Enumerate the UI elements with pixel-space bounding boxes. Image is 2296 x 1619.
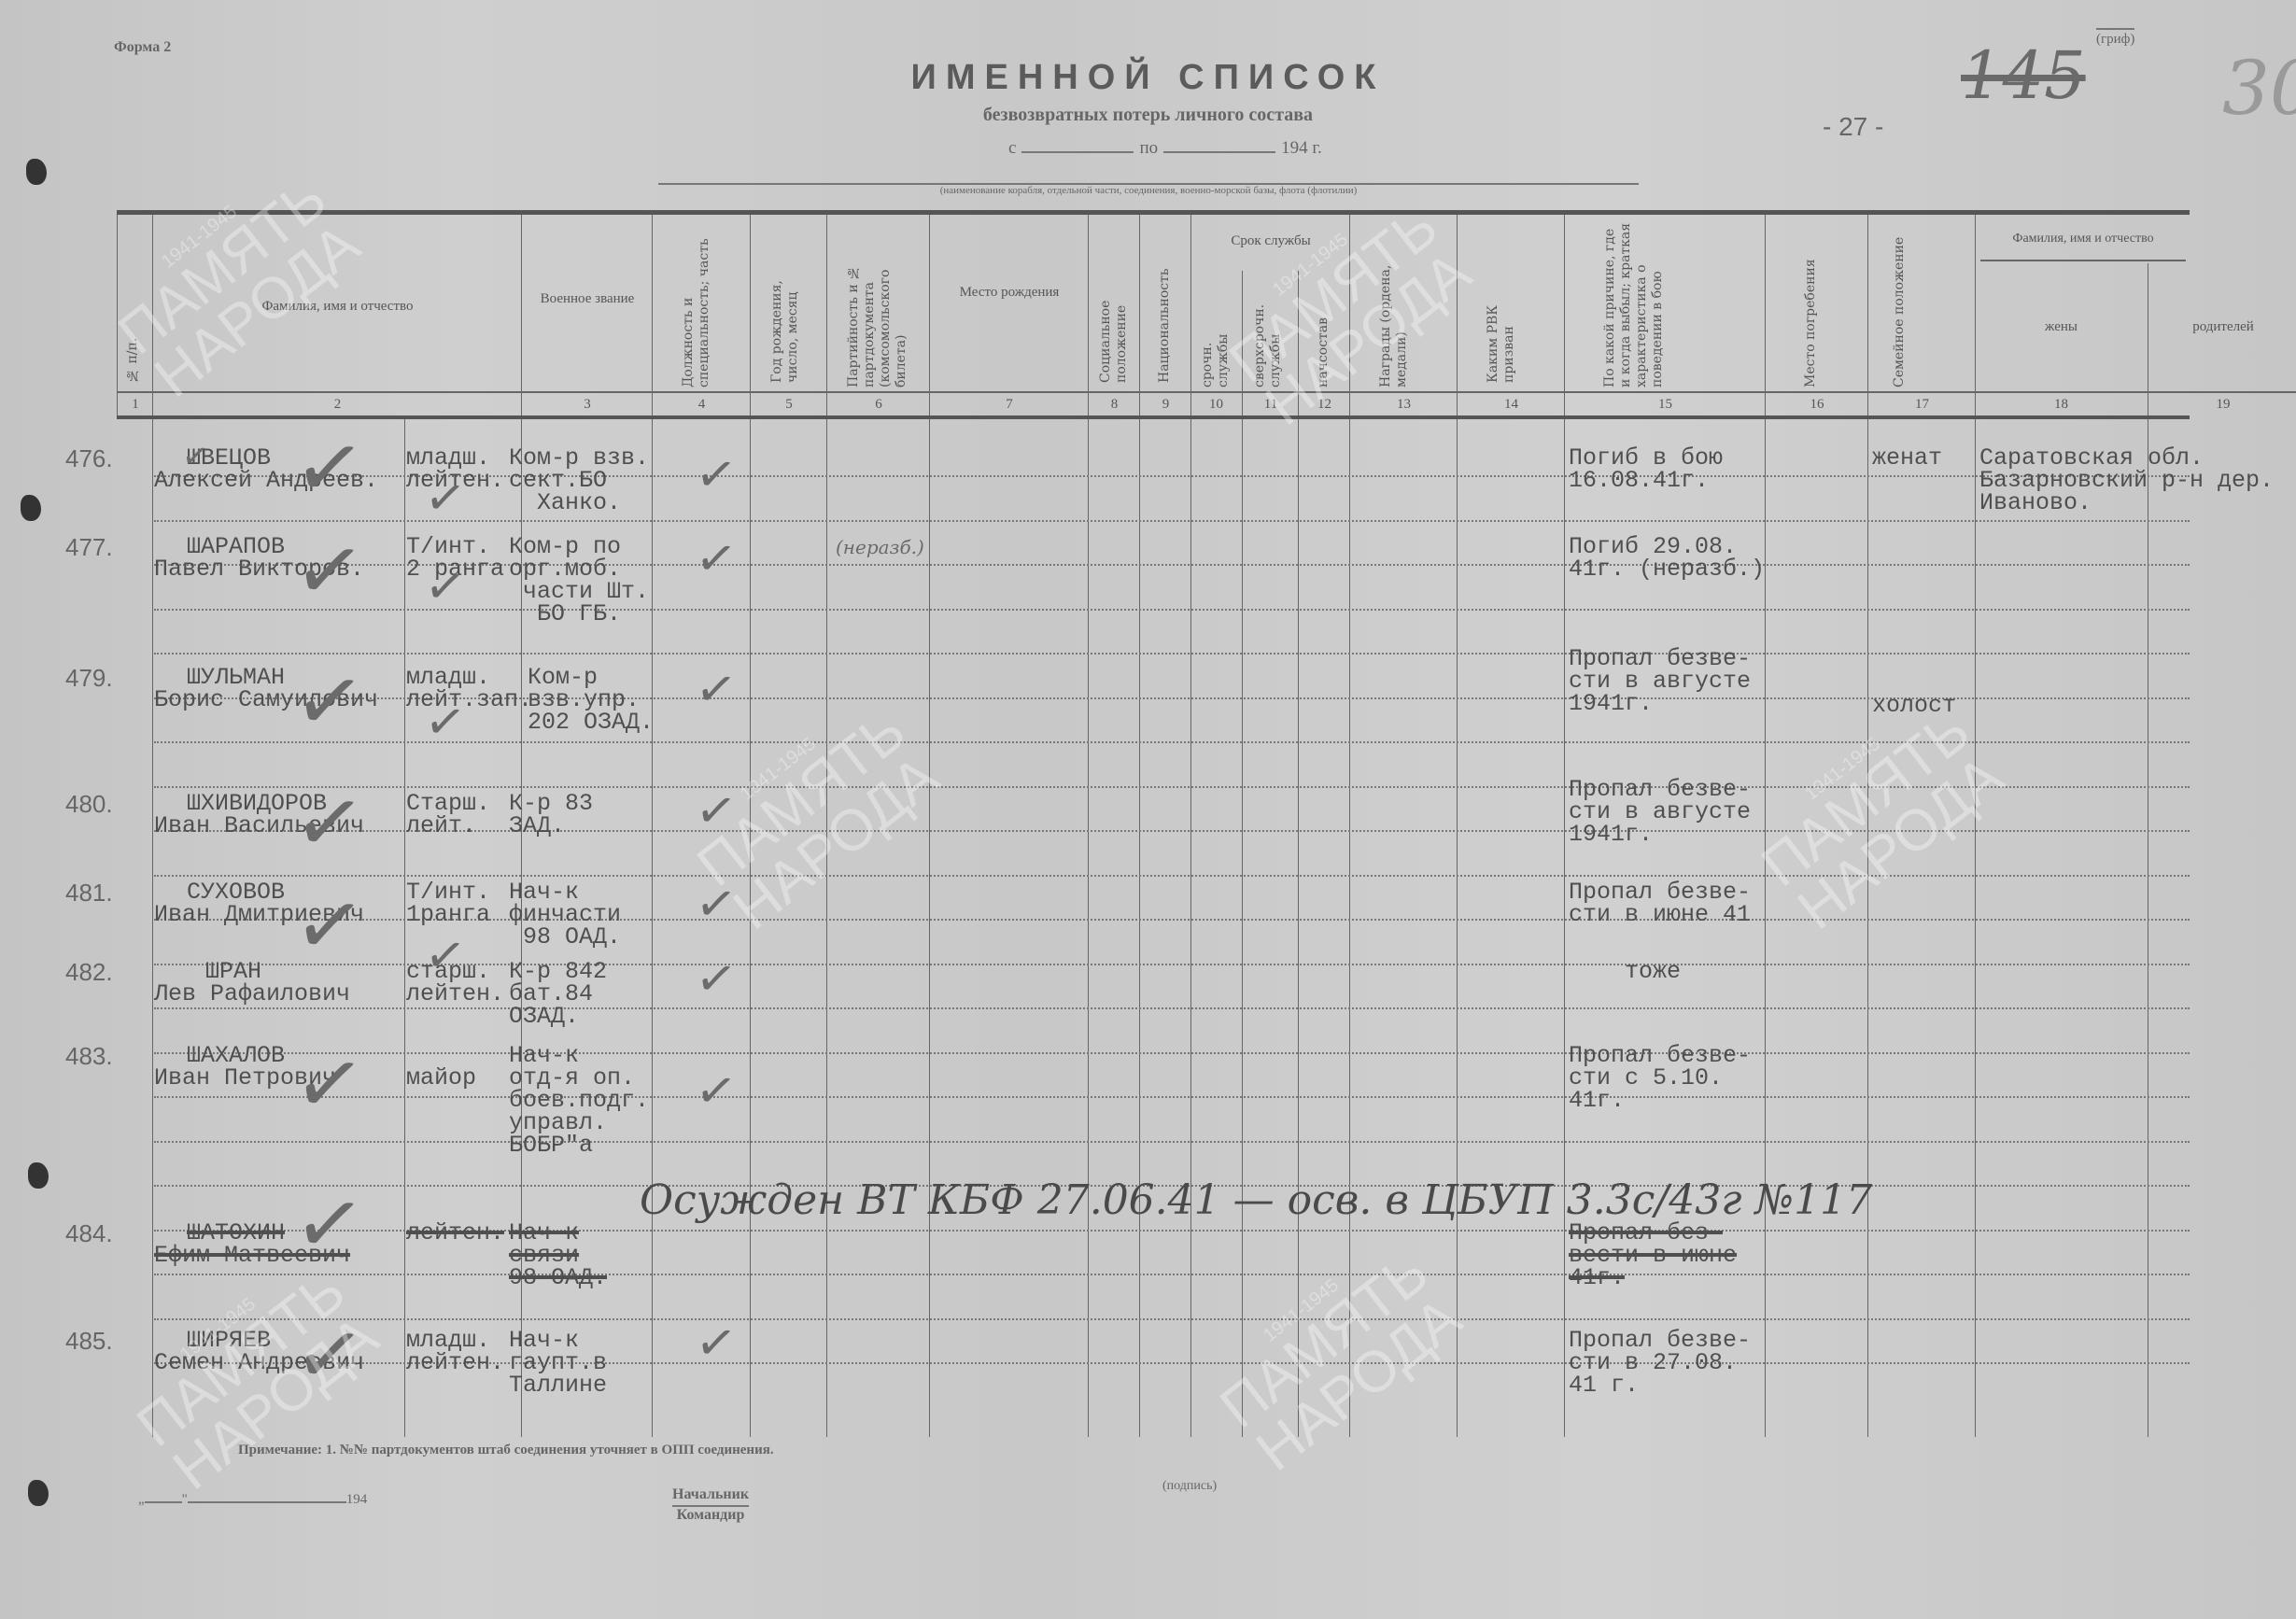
service-group-header: Срок службы — [1191, 233, 1350, 249]
col-num-9: 9 — [1140, 391, 1191, 415]
document-subtitle: безвозвратных потерь личного состава — [0, 105, 2296, 126]
military-rank: Старш. лейт. — [406, 793, 490, 838]
col-num-8: 8 — [1089, 391, 1140, 415]
footer-note: Примечание: 1. №№ партдокументов штаб со… — [238, 1443, 774, 1458]
checkmark-icon: ✓ — [692, 1061, 740, 1121]
period-year: 194 г. — [1281, 138, 1322, 158]
signature-caption: (подпись) — [1162, 1479, 1217, 1494]
marital-status: женат — [1872, 447, 1942, 470]
loss-reason: тоже — [1569, 961, 1681, 983]
checkmark-icon: ✓ — [288, 648, 371, 754]
row-number: 481. — [65, 881, 113, 904]
col-num-17: 17 — [1868, 391, 1976, 415]
col-num-10: 10 — [1190, 391, 1242, 415]
col-num-14: 14 — [1458, 391, 1565, 415]
row-number: 484. — [65, 1222, 113, 1245]
col-header-13: Награды (ордена, медали) — [1378, 238, 1416, 387]
period-from-label: с — [1008, 138, 1016, 158]
relatives-address: Саратовская обл. Базарновский р-н дер. И… — [1979, 447, 2274, 514]
punch-hole-icon — [28, 1480, 49, 1506]
punch-hole-icon — [28, 1162, 49, 1189]
military-rank: майор — [406, 1045, 476, 1090]
loss-reason: Пропал безве- сти в 27.08. 41 г. — [1569, 1330, 1751, 1397]
checkmark-icon: ✓ — [421, 468, 470, 528]
row-number: 476. — [65, 447, 113, 470]
checkmark-icon: ✓ — [288, 1171, 371, 1277]
col-header-12: начсостав — [1316, 299, 1334, 387]
loss-reason: Пропал безве- сти в августе 1941г. — [1569, 779, 1751, 846]
checkmark-icon: ✓ — [421, 556, 470, 617]
position: Нач-к связи 98 ОАД. — [509, 1222, 607, 1289]
form-label: Форма 2 — [114, 39, 171, 56]
col-header-4: Должность и специальность; часть — [681, 229, 718, 387]
page-number: - 27 - — [1823, 112, 1883, 142]
unit-caption: (наименование корабля, отдельной части, … — [658, 185, 1639, 196]
checkmark-icon: ✓ — [288, 415, 371, 521]
position: К-р 842 бат.84 ОЗАД. — [509, 961, 607, 1028]
col-header-3: Военное звание — [531, 280, 643, 317]
position: Нач-к финчасти 98 ОАД. — [509, 881, 621, 949]
handwritten-struck-number: 145 — [1961, 37, 2086, 114]
col-header-17: Семейное положение — [1892, 229, 1938, 387]
marital-status: холост — [1872, 695, 1956, 717]
position: Ком-р взв. сект.БО Ханко. — [509, 447, 649, 514]
document-page: Форма 2 (гриф) ИМЕННОЙ СПИСОК безвозврат… — [0, 0, 2296, 1619]
col-num-12: 12 — [1299, 391, 1350, 415]
col-num-1: 1 — [118, 391, 153, 415]
position: Ком-р по орг.моб. части Шт. БО ГБ. — [509, 536, 649, 626]
col-num-7: 7 — [930, 391, 1089, 415]
col-num-18: 18 — [1975, 391, 2148, 415]
checkmark-icon: ✓ — [692, 528, 740, 589]
col-header-9: Национальность — [1157, 243, 1176, 383]
col-num-16: 16 — [1766, 391, 1868, 415]
col-header-2: Фамилия, имя и отчество — [153, 299, 522, 315]
col-num-3: 3 — [522, 391, 653, 415]
row-number: 477. — [65, 536, 113, 558]
position: К-р 83 ЗАД. — [509, 793, 593, 838]
row-number: 480. — [65, 793, 113, 815]
col-header-15: По какой причине, где и когда выбыл; кра… — [1602, 219, 1696, 387]
given-names: Лев Рафаилович — [154, 983, 350, 1006]
checkmark-icon: ✓ — [179, 436, 211, 477]
col-header-10: срочн. службы — [1200, 299, 1233, 387]
punch-hole-icon — [26, 159, 47, 185]
col-header-1: № п/п. — [125, 280, 141, 383]
signer-top: Начальник — [672, 1486, 749, 1507]
checkmark-icon: ✓ — [692, 1313, 740, 1373]
handwritten-annotation: Осужден ВТ КБФ 27.06.41 — осв. в ЦБУП 3.… — [640, 1190, 1872, 1212]
col-num-13: 13 — [1350, 391, 1458, 415]
military-rank: младш. лейтен. — [406, 1330, 504, 1374]
period-to-label: по — [1139, 138, 1158, 158]
col-header-7: Место рождения — [958, 275, 1061, 309]
position: Нач-к отд-я оп. боев.подг. управл. БОБР"… — [509, 1045, 649, 1157]
checkmark-icon: ✓ — [692, 949, 740, 1009]
loss-reason: Погиб в бою 16.08.41г. — [1569, 447, 1723, 492]
document-title: ИМЕННОЙ СПИСОК — [0, 58, 2296, 98]
col-header-11: сверхсрочн. службы — [1252, 280, 1286, 387]
col-header-5: Год рождения, число, месяц — [769, 252, 807, 383]
relatives-group-header: Фамилия, имя и отчество — [1976, 232, 2190, 246]
loss-reason: Пропал без- вести в июне 41г. — [1569, 1222, 1737, 1289]
signer-bottom: Командир — [672, 1507, 749, 1524]
row-number: 479. — [65, 667, 113, 689]
loss-reason: Пропал безве- сти с 5.10. 41г. — [1569, 1045, 1751, 1112]
handwritten-number: 30 — [2222, 45, 2296, 132]
military-rank: Т/инт. 1ранга — [406, 881, 490, 926]
row-number: 485. — [65, 1330, 113, 1352]
col-header-8: Социальное положение — [1098, 280, 1132, 383]
col-num-5: 5 — [751, 391, 827, 415]
col-header-6: Партийность и № партдокумента (комсомоль… — [846, 229, 911, 387]
checkmark-icon: ✓ — [421, 692, 470, 753]
punch-hole-icon — [21, 495, 41, 521]
col-header-14: Каким РВК призван — [1486, 280, 1523, 383]
row-number: 482. — [65, 961, 113, 983]
party-membership: (неразб.) — [836, 536, 924, 558]
checkmark-icon: ✓ — [288, 769, 371, 876]
col-num-15: 15 — [1565, 391, 1766, 415]
losses-table: № п/п. 1 Фамилия, имя и отчество 2 Военн… — [117, 210, 2190, 1437]
col-header-16: Место погребения — [1803, 229, 1822, 387]
position: Ком-р взв.упр. 202 ОЗАД. — [528, 667, 654, 734]
military-rank: лейтен. — [406, 1200, 504, 1245]
military-rank: младш. лейт.зап. — [406, 667, 532, 711]
loss-reason: Пропал безве- сти в августе 1941г. — [1569, 648, 1751, 715]
classification-label: (гриф) — [2096, 28, 2134, 48]
table-body: 476. ШВЕЦОВ Алексей Андреев. младш. лейт… — [117, 419, 2190, 1437]
table-header: № п/п. 1 Фамилия, имя и отчество 2 Военн… — [117, 215, 2190, 419]
loss-reason: Погиб 29.08. 41г. (неразб.) — [1569, 536, 1765, 581]
col-num-19: 19 — [2148, 391, 2296, 415]
row-number: 483. — [65, 1045, 113, 1067]
checkmark-icon: ✓ — [692, 781, 740, 841]
period-line: спо194 г. — [1008, 138, 1322, 159]
col-header-19: родителей — [2148, 319, 2296, 335]
col-num-4: 4 — [653, 391, 751, 415]
checkmark-icon: ✓ — [288, 517, 371, 624]
checkmark-icon: ✓ — [421, 925, 470, 986]
col-num-6: 6 — [827, 391, 930, 415]
checkmark-icon: ✓ — [288, 1302, 371, 1408]
checkmark-icon: ✓ — [692, 659, 740, 720]
col-num-2: 2 — [153, 391, 522, 415]
checkmark-icon: ✓ — [692, 444, 740, 505]
signer-title: Начальник Командир — [672, 1486, 749, 1524]
footer-date: „"194 — [138, 1492, 367, 1508]
checkmark-icon: ✓ — [288, 872, 371, 978]
loss-reason: Пропал безве- сти в июне 41 — [1569, 881, 1751, 926]
checkmark-icon: ✓ — [692, 874, 740, 935]
col-header-18: жены — [1975, 319, 2148, 335]
checkmark-icon: ✓ — [288, 1031, 371, 1137]
position: Нач-к гаупт.в Таллине — [509, 1330, 607, 1397]
col-num-11: 11 — [1243, 391, 1299, 415]
